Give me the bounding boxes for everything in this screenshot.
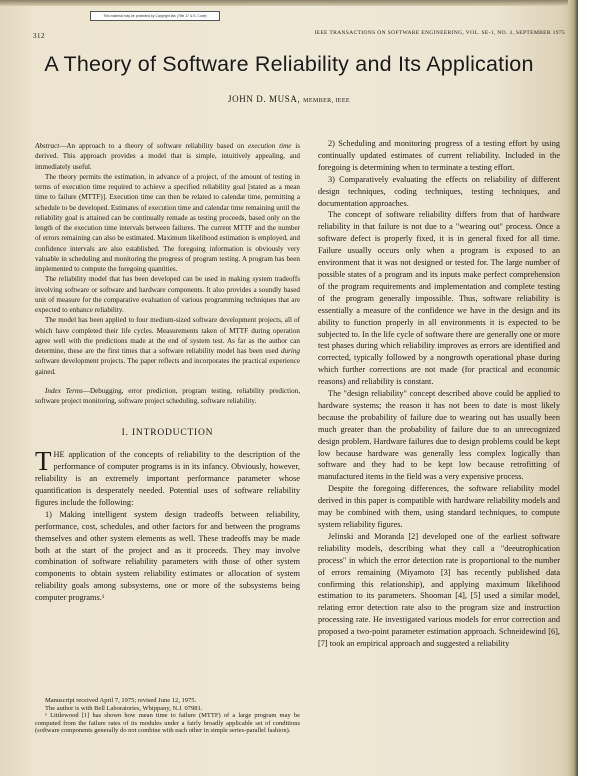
introduction-body: THE application of the concepts of relia… <box>35 449 300 604</box>
index-terms-label: Index Terms <box>45 387 83 395</box>
abstract-label: Abstract <box>35 142 59 150</box>
page-number: 312 <box>33 32 45 40</box>
body-paragraph: The "design reliability" concept describ… <box>318 388 560 483</box>
drop-cap: T <box>35 450 52 472</box>
paper-title: A Theory of Software Reliability and Its… <box>0 52 578 77</box>
footnote: ¹ Littlewood [1] has shown how mean time… <box>35 712 300 735</box>
abstract: Abstract—An approach to a theory of soft… <box>35 141 300 406</box>
abstract-paragraph: Abstract—An approach to a theory of soft… <box>35 141 300 172</box>
left-column: Abstract—An approach to a theory of soft… <box>35 141 300 604</box>
abstract-paragraph: The reliability model that has been deve… <box>35 274 300 315</box>
footnote: The author is with Bell Laboratories, Wh… <box>35 705 300 713</box>
body-paragraph: Despite the foregoing differences, the s… <box>318 483 560 531</box>
body-paragraph: The concept of software reliability diff… <box>318 209 560 388</box>
body-paragraph: THE application of the concepts of relia… <box>35 449 300 509</box>
page-margin <box>578 0 600 776</box>
paper-page: This material may be protected by Copyri… <box>0 0 578 776</box>
copyright-notice: This material may be protected by Copyri… <box>90 11 220 21</box>
section-heading: I. INTRODUCTION <box>35 428 300 438</box>
body-paragraph: 1) Making intelligent system design trad… <box>35 509 300 604</box>
right-column: 2) Scheduling and monitoring progress of… <box>318 138 560 650</box>
footnote: Manuscript received April 7, 1975; revis… <box>35 697 300 705</box>
abstract-paragraph: The theory permits the estimation, in ad… <box>35 172 300 275</box>
author-membership: MEMBER, IEEE <box>303 98 350 104</box>
book-spine-edge <box>568 0 578 776</box>
author-line: JOHN D. MUSA, MEMBER, IEEE <box>0 94 578 104</box>
body-paragraph: 2) Scheduling and monitoring progress of… <box>318 138 560 174</box>
running-head: IEEE TRANSACTIONS ON SOFTWARE ENGINEERIN… <box>220 30 565 36</box>
author-name: JOHN D. MUSA, <box>228 94 300 104</box>
footnotes: Manuscript received April 7, 1975; revis… <box>35 697 300 735</box>
index-terms: Index Terms—Debugging, error prediction,… <box>35 386 300 407</box>
abstract-paragraph: The model has been applied to four mediu… <box>35 315 300 377</box>
body-paragraph: 3) Comparatively evaluating the effects … <box>318 174 560 210</box>
body-paragraph: Jelinski and Moranda [2] developed one o… <box>318 531 560 650</box>
